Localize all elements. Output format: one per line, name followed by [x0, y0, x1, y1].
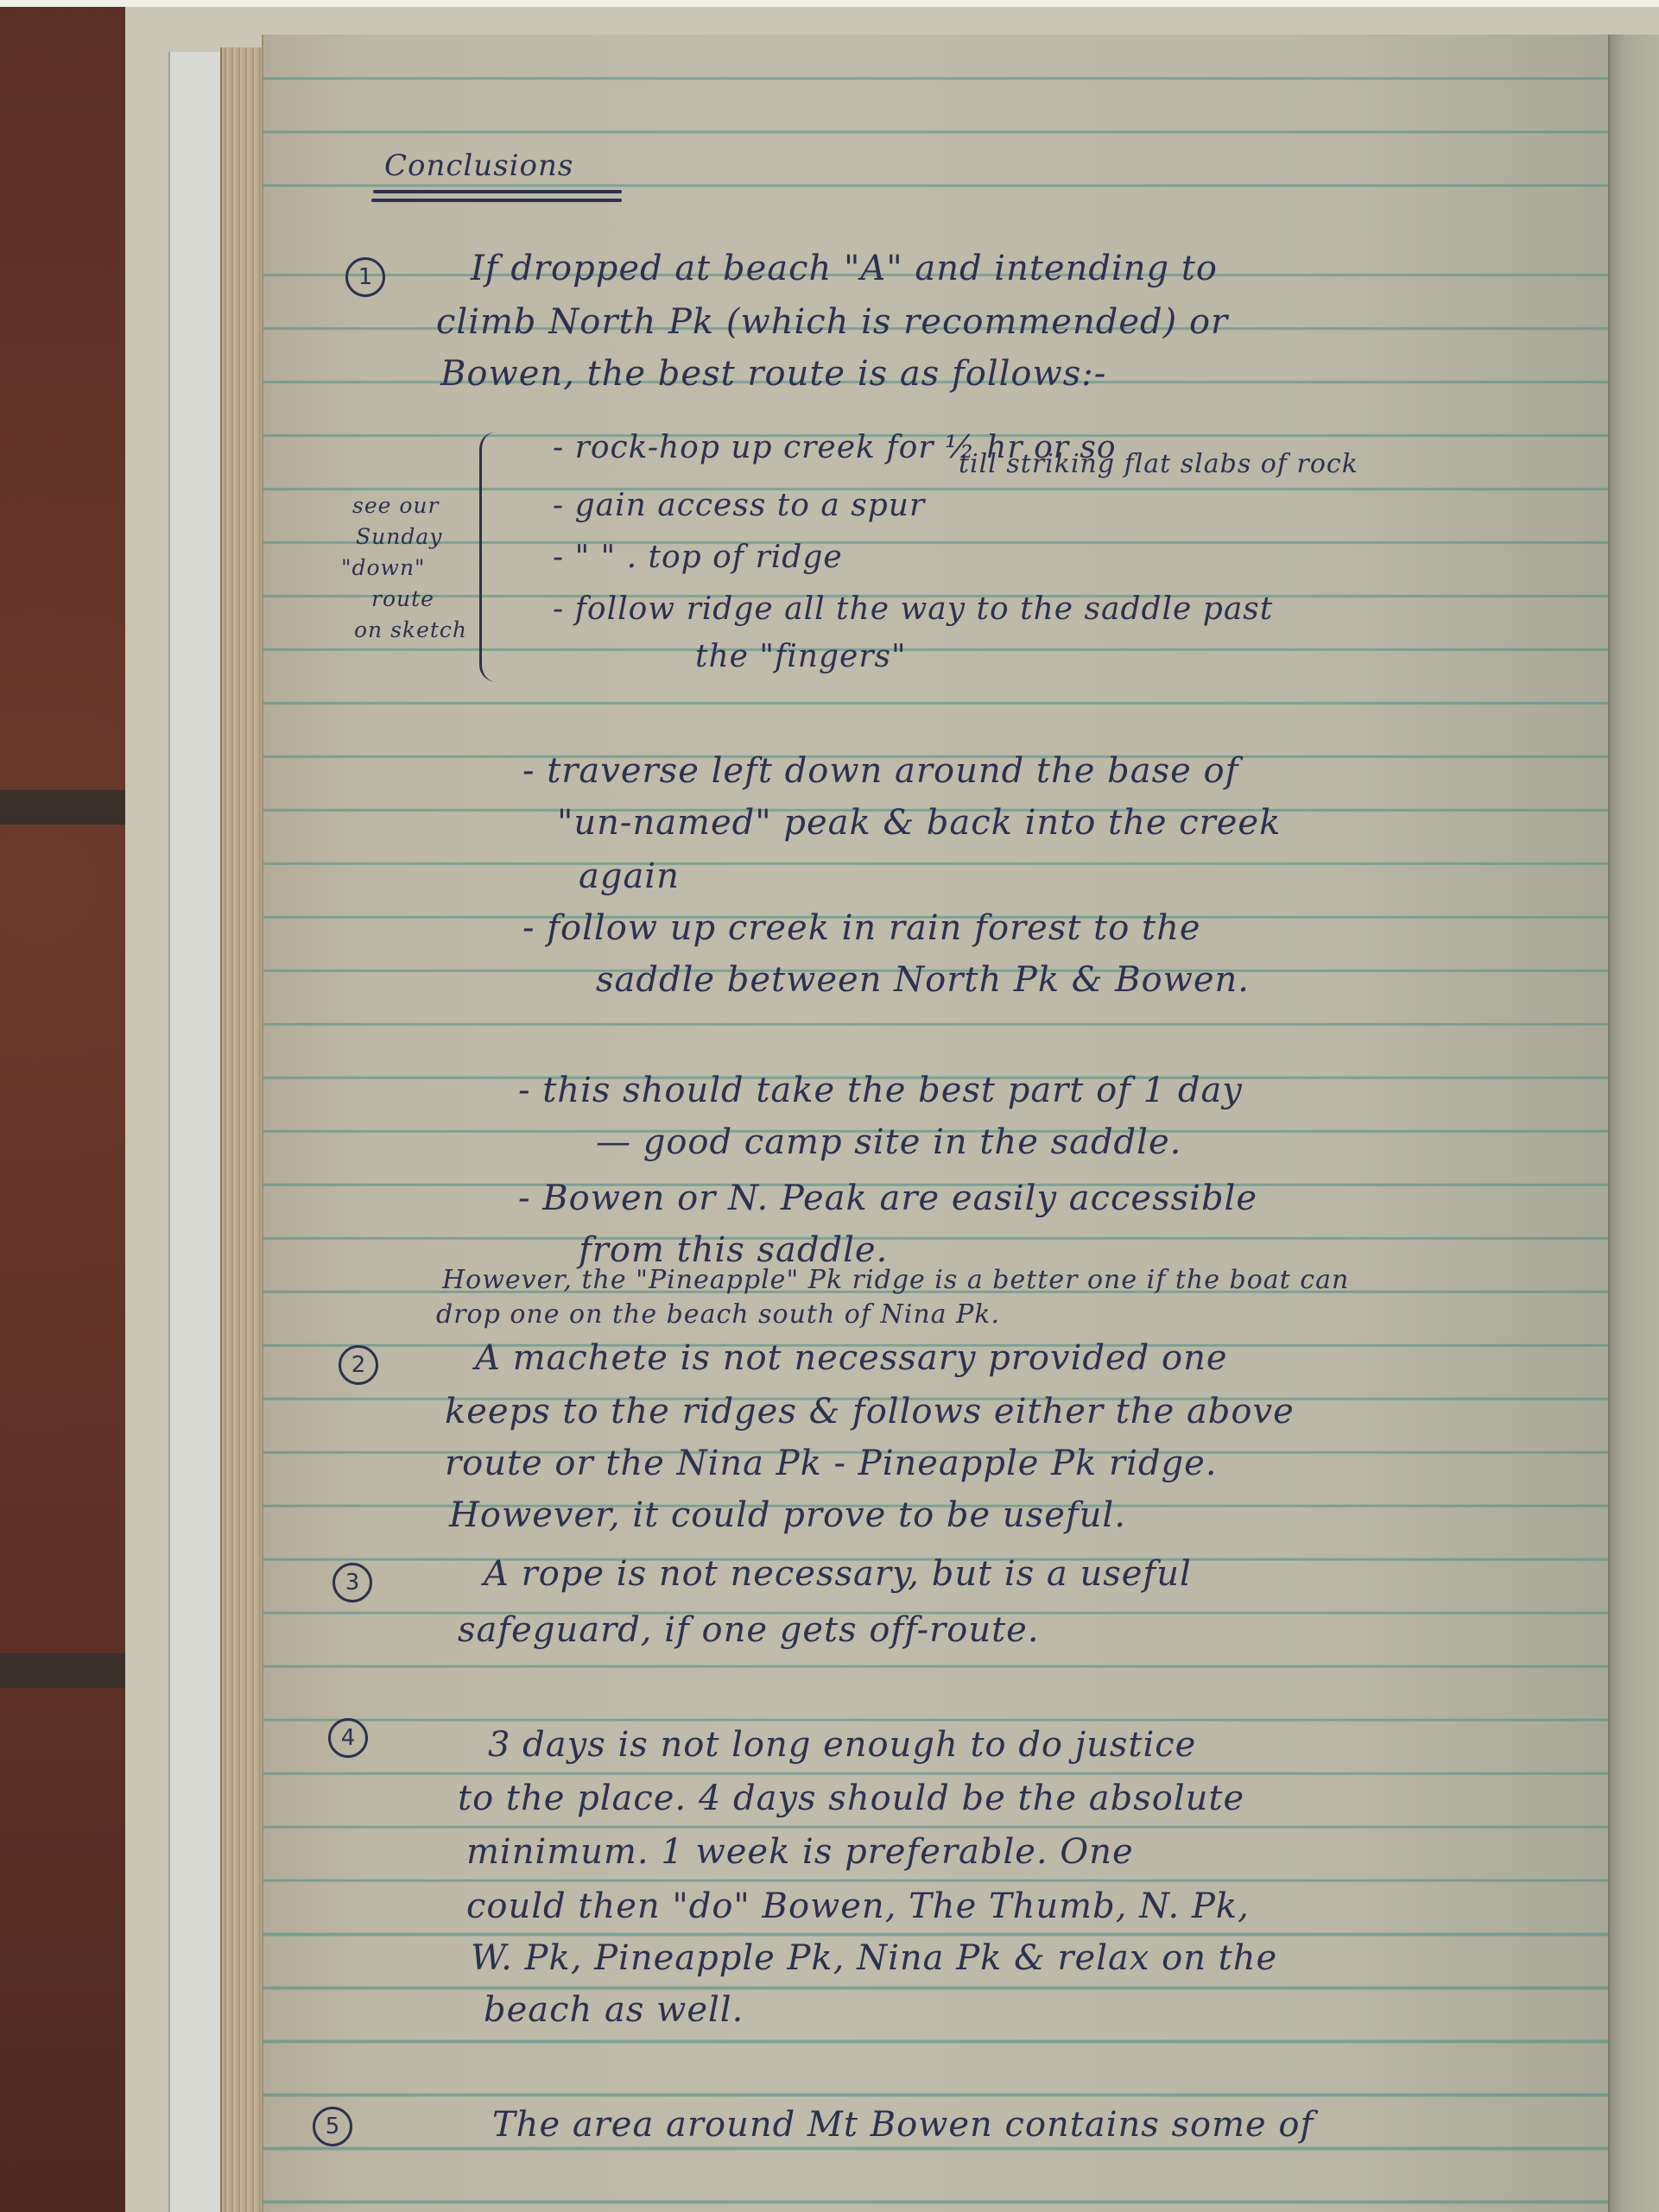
margin-note: "down" — [341, 553, 426, 584]
item-5-line: The area around Mt Bowen contains some o… — [492, 2105, 1314, 2145]
top-border — [0, 0, 1659, 7]
item-4-line: W. Pk, Pineapple Pk, Nina Pk & relax on … — [471, 1938, 1277, 1978]
item-number-2: 2 — [339, 1345, 378, 1385]
item-number-4: 4 — [328, 1718, 368, 1758]
item-1-line: If dropped at beach "A" and intending to — [471, 249, 1218, 288]
route-step: - gain access to a spur — [553, 488, 925, 523]
item-2-line: route or the Nina Pk - Pineapple Pk ridg… — [445, 1444, 1218, 1483]
route-step: - follow ridge all the way to the saddle… — [553, 591, 1273, 627]
margin-note: see our — [352, 490, 439, 521]
item-3-line: safeguard, if one gets off-route. — [458, 1610, 1040, 1650]
item-4-line: beach as well. — [484, 1990, 744, 2030]
route-step: again — [579, 856, 680, 896]
route-step: - traverse left down around the base of — [522, 751, 1238, 791]
remark: — good camp site in the saddle. — [596, 1122, 1181, 1162]
route-step: saddle between North Pk & Bowen. — [596, 960, 1250, 1000]
route-step: the "fingers" — [695, 639, 907, 674]
addendum: drop one on the beach south of Nina Pk. — [436, 1299, 1000, 1330]
brace-bracket — [479, 432, 504, 682]
item-4-line: 3 days is not long enough to do justice — [488, 1725, 1196, 1765]
item-3-line: A rope is not necessary, but is a useful — [484, 1554, 1192, 1594]
margin-note: Sunday — [356, 521, 442, 553]
remark: - Bowen or N. Peak are easily accessible — [518, 1179, 1257, 1218]
route-step-note: till striking flat slabs of rock — [959, 449, 1358, 479]
page-gutter — [1608, 35, 1659, 2212]
item-2-line: A machete is not necessary provided one — [475, 1338, 1228, 1378]
item-2-line: However, it could prove to be useful. — [449, 1495, 1126, 1535]
page-edges — [220, 47, 263, 2212]
brick-background — [0, 0, 130, 2212]
item-4-line: minimum. 1 week is preferable. One — [466, 1832, 1134, 1872]
margin-note: on sketch — [354, 615, 467, 646]
route-step: "un-named" peak & back into the creek — [557, 803, 1281, 843]
addendum: However, the "Pineapple" Pk ridge is a b… — [442, 1265, 1349, 1295]
remark: - this should take the best part of 1 da… — [518, 1071, 1243, 1110]
route-step: - follow up creek in rain forest to the — [522, 908, 1201, 948]
item-number-1: 1 — [345, 257, 385, 297]
margin-note: route — [371, 584, 434, 615]
item-1-line: climb North Pk (which is recommended) or — [436, 302, 1228, 342]
item-2-line: keeps to the ridges & follows either the… — [445, 1392, 1295, 1431]
item-4-line: could then "do" Bowen, The Thumb, N. Pk, — [466, 1887, 1250, 1926]
item-number-5: 5 — [313, 2107, 352, 2146]
page-title: Conclusions — [384, 149, 573, 183]
item-4-line: to the place. 4 days should be the absol… — [458, 1779, 1244, 1818]
title-underline — [373, 190, 622, 193]
item-number-3: 3 — [332, 1563, 372, 1602]
route-step: - " " . top of ridge — [553, 540, 843, 575]
item-1-line: Bowen, the best route is as follows:- — [440, 354, 1106, 394]
title-underline-2 — [371, 199, 622, 202]
